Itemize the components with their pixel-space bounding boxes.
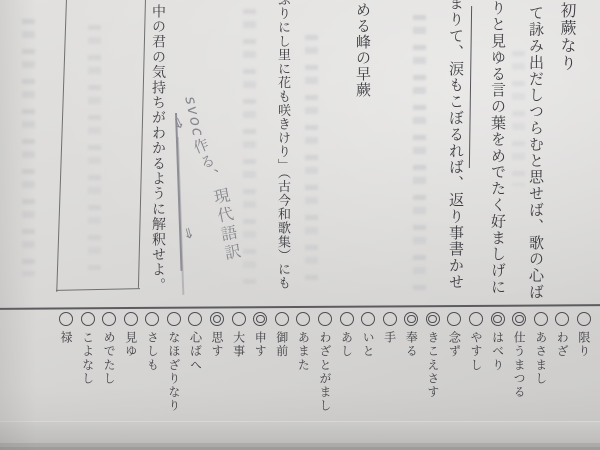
vocabulary-option: こよなし: [78, 312, 98, 413]
option-circle-icon: [102, 312, 116, 326]
option-circle-icon: [383, 312, 397, 326]
option-label: 禄: [60, 331, 72, 345]
option-circle-icon: [59, 312, 73, 326]
printed-text-column: める峰の早蕨: [354, 2, 369, 98]
option-circle-icon: [512, 312, 526, 326]
option-label: きこえさす: [427, 331, 439, 399]
option-label: 仕うまつる: [513, 331, 525, 399]
option-label: わざとがまし: [319, 331, 331, 413]
option-label: 奉る: [405, 331, 417, 358]
option-label: 念ず: [448, 331, 460, 358]
option-label: めでたし: [103, 331, 115, 385]
printed-text-column: 初蕨なり: [558, 2, 574, 72]
option-circle-icon: [275, 312, 289, 326]
option-label: 手: [384, 331, 396, 345]
printed-text-column: りと見ゆる言の葉をめでたく好ましげに: [489, 0, 504, 295]
vocabulary-option: 念ず: [444, 312, 464, 413]
option-circle-icon: [469, 312, 483, 326]
vocabulary-option: 禄: [56, 312, 76, 413]
vocabulary-option-row: 限り わざ あさまし 仕うまつる はべり: [56, 312, 594, 413]
printed-text-column: まりて、涙もこぼるれば、返り事書かせ: [447, 0, 462, 290]
vocabulary-option: 見ゆ: [121, 312, 141, 413]
option-label: 限り: [578, 331, 590, 358]
option-label: いと: [362, 331, 374, 358]
printed-text-column: て詠み出だしつらむと思せば、歌の心ば: [527, 5, 542, 300]
vocabulary-option: きこえさす: [423, 312, 443, 413]
option-label: あし: [341, 331, 353, 358]
option-circle-icon: [577, 312, 591, 326]
vocabulary-option: いと: [358, 312, 378, 413]
vocabulary-option: やすし: [466, 312, 486, 413]
option-label: はべり: [492, 331, 504, 372]
option-circle-icon: [340, 312, 354, 326]
vocabulary-option: 御前: [272, 312, 292, 413]
option-circle-icon: [188, 312, 202, 326]
vocabulary-option: あし: [337, 312, 357, 413]
vocabulary-option: 手: [380, 312, 400, 413]
option-label: 申す: [254, 331, 266, 358]
vocabulary-option: 仕うまつる: [509, 312, 529, 413]
vocabulary-option: 限り: [574, 312, 594, 413]
option-circle-icon: [210, 312, 224, 326]
printed-text-column: ぶりにし里に花も咲きけり」（古今和歌集）にも: [277, 0, 290, 290]
vocabulary-option: さしも: [142, 312, 162, 413]
vocabulary-option: 奉る: [401, 312, 421, 413]
vocabulary-option: はべり: [488, 312, 508, 413]
option-circle-icon: [491, 312, 505, 326]
option-circle-icon: [81, 312, 95, 326]
option-circle-icon: [318, 312, 332, 326]
worksheet-photo: 初蕨なり て詠み出だしつらむと思せば、歌の心ば りと見ゆる言の葉をめでたく好まし…: [0, 0, 600, 450]
option-label: さしも: [146, 331, 158, 372]
option-label: あまた: [297, 331, 309, 372]
option-circle-icon: [145, 312, 159, 326]
option-label: あさまし: [535, 331, 547, 385]
option-circle-icon: [167, 312, 181, 326]
option-circle-icon: [253, 312, 267, 326]
vocabulary-option: 思す: [207, 312, 227, 413]
option-circle-icon: [447, 312, 461, 326]
option-circle-icon: [232, 312, 246, 326]
option-label: 見ゆ: [125, 331, 137, 358]
option-label: 御前: [276, 331, 288, 358]
option-label: 思す: [211, 331, 223, 358]
vocabulary-option: わざ: [552, 312, 572, 413]
page-edge: [0, 421, 600, 444]
option-label: こよなし: [82, 331, 94, 385]
vocabulary-option: 心ばへ: [185, 312, 205, 413]
option-circle-icon: [296, 312, 310, 326]
option-circle-icon: [361, 312, 375, 326]
option-label: やすし: [470, 331, 482, 372]
option-circle-icon: [426, 312, 440, 326]
vocabulary-option: 申す: [250, 312, 270, 413]
vocabulary-option: わざとがまし: [315, 312, 335, 413]
vocabulary-option: あさまし: [531, 312, 551, 413]
option-circle-icon: [404, 312, 418, 326]
vocabulary-option: あまた: [293, 312, 313, 413]
option-label: 心ばへ: [189, 331, 201, 372]
question-text-column: 中の君の気持ちがわかるように解釈せよ。: [150, 4, 164, 293]
option-circle-icon: [534, 312, 548, 326]
vocabulary-option: なほざりなり: [164, 312, 184, 413]
vocabulary-option: 大事: [229, 312, 249, 413]
option-circle-icon: [124, 312, 138, 326]
option-label: 大事: [233, 331, 245, 358]
vocabulary-option: めでたし: [99, 312, 119, 413]
option-circle-icon: [555, 312, 569, 326]
option-label: なほざりなり: [168, 331, 180, 413]
option-label: わざ: [556, 331, 568, 358]
